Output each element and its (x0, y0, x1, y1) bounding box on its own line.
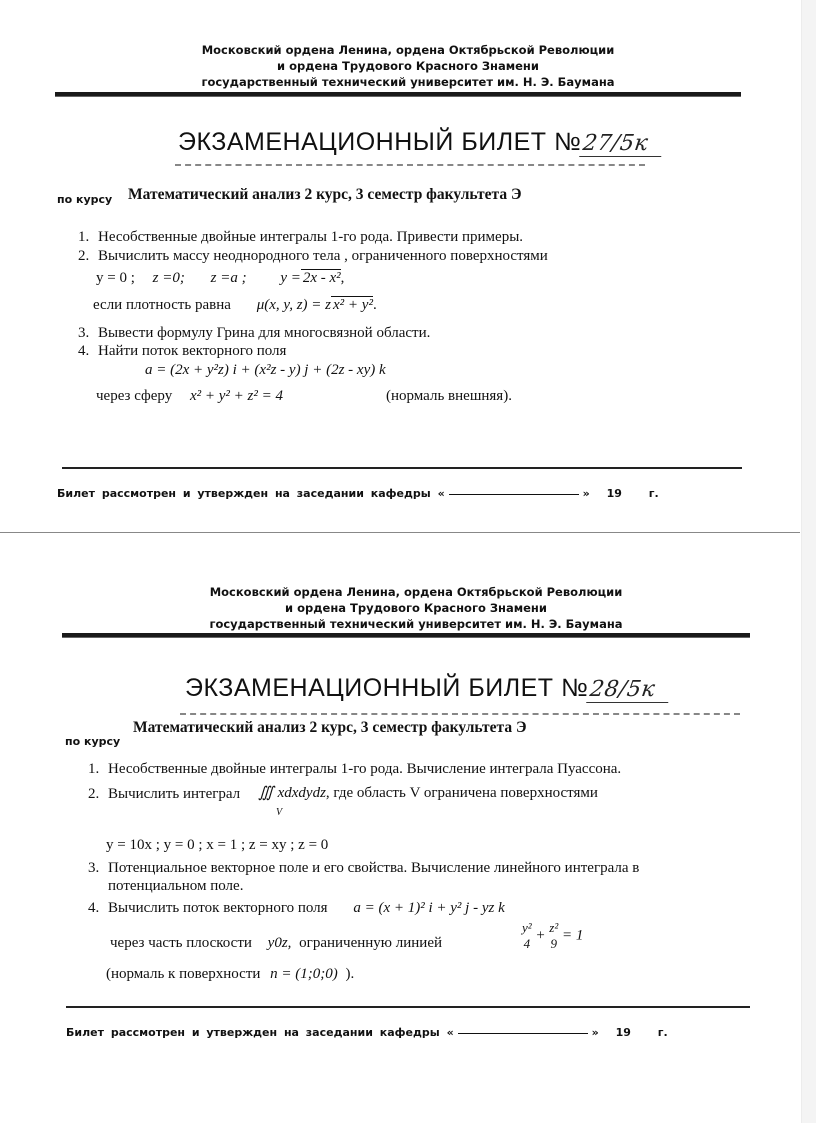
fraction: z²9 (549, 920, 558, 952)
question-number: 1. (88, 760, 108, 778)
ellipse-equation: y²4 + z²9 = 1 (522, 920, 583, 952)
triple-integral: ∭ xdxdydz (258, 785, 326, 801)
integral-subscript: V (276, 807, 282, 818)
date-blank (458, 1033, 588, 1034)
bounded-label: ограниченную линией (299, 935, 442, 951)
cut-line (0, 532, 800, 533)
q4-normal: (нормаль к поверхности n = (1;0;0) ). (106, 966, 354, 983)
q2-surfaces: y = 0 ; z =0; z =a ; y =2x - x², (96, 270, 344, 287)
punctuation: , (341, 270, 345, 286)
question-4: 4.Вычислить поток векторного поля a = (x… (88, 899, 505, 917)
question-1: 1.Несобственные двойные интегралы 1-го р… (78, 228, 523, 246)
punctuation: ). (346, 966, 355, 982)
normal-vector: n = (1;0;0) (270, 966, 338, 982)
ticket-number: 27/5к (579, 131, 665, 157)
question-number: 3. (78, 324, 98, 342)
university-header-line: Московский ордена Ленина, ордена Октябрь… (0, 42, 816, 58)
integral-domain-text: , где область V ограничена поверхностями (326, 785, 598, 801)
normal-label: (нормаль к поверхности (106, 966, 260, 982)
approval-footer: Билет рассмотрен и утвержден на заседани… (57, 487, 659, 500)
question-number: 4. (88, 899, 108, 917)
question-2: 2.Вычислить массу неоднородного тела , о… (78, 247, 548, 265)
university-header-line: государственный технический университет … (0, 74, 816, 90)
question-3: 3.Потенциальное векторное поле и его сво… (88, 859, 639, 877)
header-rule (55, 92, 741, 97)
question-4: 4.Найти поток векторного поля (78, 342, 286, 360)
surface-eq: z =a ; (211, 270, 247, 286)
header-rule (62, 633, 750, 638)
course-name: Математический анализ 2 курс, 3 семестр … (133, 719, 526, 737)
operator: + (535, 927, 545, 943)
question-3-continuation: потенциальном поле. (108, 877, 243, 895)
question-text: Найти поток векторного поля (98, 343, 286, 359)
question-number: 2. (88, 785, 108, 803)
sqrt-expression: 2x - x² (301, 269, 341, 286)
year-prefix: 19 (616, 1026, 631, 1039)
course-name: Математический анализ 2 курс, 3 семестр … (128, 186, 521, 204)
approval-footer: Билет рассмотрен и утвержден на заседани… (66, 1026, 668, 1039)
title-rule (180, 713, 740, 716)
approval-text: Билет рассмотрен и утвержден на заседани… (66, 1026, 440, 1039)
question-number: 1. (78, 228, 98, 246)
question-3: 3.Вывести формулу Грина для многосвязной… (78, 324, 430, 342)
question-number: 4. (78, 342, 98, 360)
ticket-number: 28/5к (586, 677, 672, 703)
surface-eq: y = (280, 270, 301, 286)
surface-eq: z =0; (153, 270, 185, 286)
university-header-line: Московский ордена Ленина, ордена Октябрь… (8, 584, 816, 600)
ticket-title: ЭКЗАМЕНАЦИОННЫЙ БИЛЕТ №27/5к (178, 128, 663, 157)
year-suffix: г. (658, 1026, 668, 1039)
ticket-title: ЭКЗАМЕНАЦИОННЫЙ БИЛЕТ №28/5к (185, 674, 670, 703)
q4-plane: через часть плоскости y0z, ограниченную … (110, 935, 442, 952)
footer-rule (62, 467, 742, 469)
fraction: y²4 (522, 920, 532, 952)
through-label: через сферу (96, 388, 172, 404)
exam-ticket-28: Московский ордена Ленина, ордена Октябрь… (0, 545, 816, 1123)
question-text: Потенциальное векторное поле и его свойс… (108, 860, 639, 876)
exam-ticket-27: Московский ордена Ленина, ордена Октябрь… (0, 0, 816, 540)
question-text: Вывести формулу Грина для многосвязной о… (98, 325, 430, 341)
vector-field-formula: a = (2x + y²z) i + (x²z - y) j + (2z - x… (145, 362, 386, 379)
approval-text: Билет рассмотрен и утвержден на заседани… (57, 487, 431, 500)
density-label: если плотность равна (93, 297, 231, 313)
title-label: ЭКЗАМЕНАЦИОННЫЙ БИЛЕТ № (185, 674, 588, 702)
question-number: 3. (88, 859, 108, 877)
course-label: по курсу (57, 193, 112, 206)
vector-field-formula: a = (x + 1)² i + y² j - yz k (353, 900, 504, 916)
numerator: z² (549, 920, 558, 936)
denominator: 4 (522, 936, 532, 952)
university-header: Московский ордена Ленина, ордена Октябрь… (8, 584, 816, 632)
quote: « (447, 1026, 454, 1039)
equation-rhs: = 1 (562, 927, 583, 943)
through-label: через часть плоскости (110, 935, 252, 951)
question-text: Вычислить поток векторного поля (108, 900, 328, 916)
question-1: 1.Несобственные двойные интегралы 1-го р… (88, 760, 621, 778)
normal-note: (нормаль внешняя). (386, 388, 512, 405)
date-blank (449, 494, 579, 495)
university-header-line: и ордена Трудового Красного Знамени (0, 58, 816, 74)
denominator: 9 (549, 936, 558, 952)
sphere-equation: x² + y² + z² = 4 (190, 388, 283, 404)
university-header-line: государственный технический университет … (8, 616, 816, 632)
question-number: 2. (78, 247, 98, 265)
question-2: 2.Вычислить интеграл (88, 785, 240, 803)
q2-integral: ∭ xdxdydz, где область V ограничена пове… (258, 783, 598, 802)
numerator: y² (522, 920, 532, 936)
quote: » (592, 1026, 599, 1039)
q2-surfaces: y = 10x ; y = 0 ; x = 1 ; z = xy ; z = 0 (106, 837, 328, 854)
question-text: Вычислить массу неоднородного тела , огр… (98, 248, 548, 264)
surface-eq: y = 0 ; (96, 270, 135, 286)
question-text: Несобственные двойные интегралы 1-го род… (108, 761, 621, 777)
title-label: ЭКЗАМЕНАЦИОННЫЙ БИЛЕТ № (178, 128, 581, 156)
university-header-line: и ордена Трудового Красного Знамени (8, 600, 816, 616)
question-text: Вычислить интеграл (108, 786, 240, 802)
sqrt-expression: x² + y² (331, 296, 373, 313)
university-header: Московский ордена Ленина, ордена Октябрь… (0, 42, 816, 90)
quote: « (438, 487, 445, 500)
plane-name: y0z, (268, 935, 292, 951)
footer-rule (66, 1006, 750, 1008)
title-rule (175, 164, 645, 167)
year-suffix: г. (649, 487, 659, 500)
year-prefix: 19 (607, 487, 622, 500)
q2-density: если плотность равна μ(x, y, z) = zx² + … (93, 297, 377, 314)
density-formula: μ(x, y, z) = z (257, 297, 331, 313)
q4-sphere: через сферу x² + y² + z² = 4 (96, 388, 283, 405)
question-text: Несобственные двойные интегралы 1-го род… (98, 229, 523, 245)
course-label: по курсу (65, 735, 120, 748)
punctuation: . (373, 297, 377, 313)
quote: » (583, 487, 590, 500)
